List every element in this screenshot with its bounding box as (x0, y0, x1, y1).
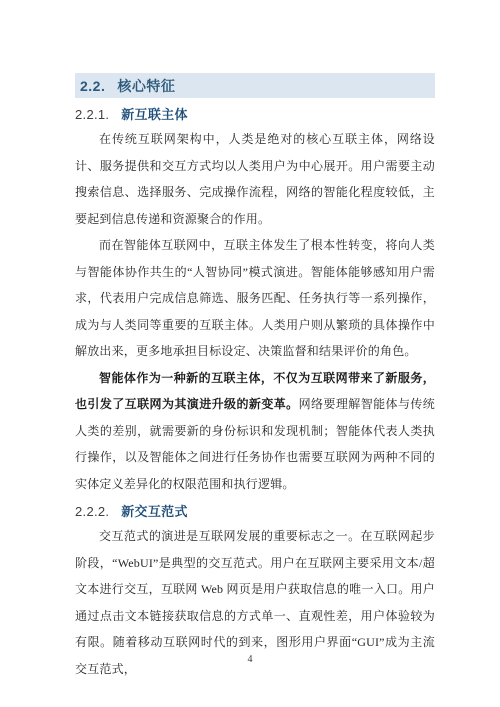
subsection-number: 2.2.2. (75, 504, 109, 519)
subsection-heading-new-interaction-paradigm: 2.2.2. 新交互范式 (75, 500, 435, 523)
page-number: 4 (0, 654, 500, 665)
paragraph: 智能体作为一种新的互联主体，不仅为互联网带来了新服务，也引发了互联网为其演进升级… (75, 365, 435, 498)
section-heading-number: 2.2. (80, 78, 105, 94)
paragraph: 而在智能体互联网中，互联主体发生了根本性转变，将向人类与智能体协作共生的“人智协… (75, 232, 435, 365)
paragraph-text: 网络要理解智能体与传统人类的差别，就需要新的身份标识和发现机制；智能体代表人类执… (75, 397, 435, 491)
subsection-heading-new-internet-subject: 2.2.1. 新互联主体 (75, 103, 435, 126)
section-heading-band: 2.2. 核心特征 (75, 73, 435, 98)
document-page: 2.2. 核心特征 2.2.1. 新互联主体 在传统互联网架构中，人类是绝对的核… (0, 0, 500, 707)
paragraph: 在传统互联网架构中，人类是绝对的核心互联主体，网络设计、服务提供和交互方式均以人… (75, 126, 435, 232)
page-content: 2.2. 核心特征 2.2.1. 新互联主体 在传统互联网架构中，人类是绝对的核… (75, 73, 435, 682)
subsection-title: 新互联主体 (121, 107, 188, 122)
section-heading-title: 核心特征 (117, 76, 175, 96)
subsection-number: 2.2.1. (75, 107, 109, 122)
subsection-title: 新交互范式 (121, 504, 188, 519)
